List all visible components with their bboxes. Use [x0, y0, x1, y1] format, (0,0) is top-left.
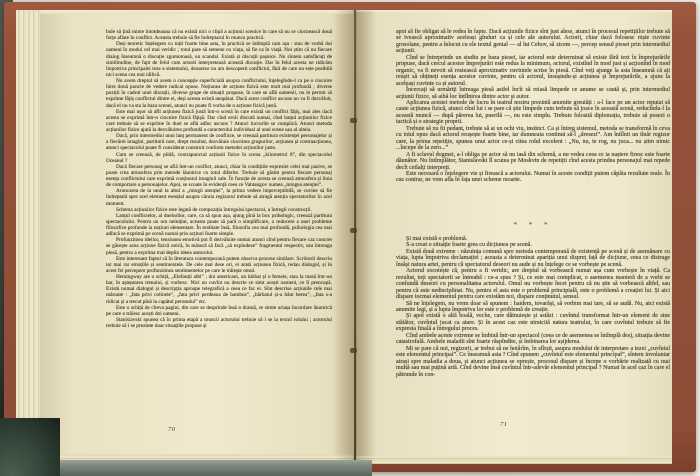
binding-stitch: [350, 228, 357, 233]
page-71-text-bottom: Și mai există o problemă.S-a creat o sit…: [396, 236, 670, 378]
section-separator: * * *: [396, 221, 670, 229]
paragraph: Profunzimea ideilor, tensiunea emotivă p…: [106, 237, 332, 255]
page-70-number: 70: [168, 426, 176, 433]
paragraph: Trebuie să nu fii pedant, trebuie să ai …: [396, 126, 670, 152]
page-edges-left: [16, 10, 42, 464]
paragraph: Lanțul conflictelor, al duelurilor, care…: [106, 213, 332, 238]
page-71-number: 71: [500, 421, 508, 428]
page-71-text-top: apoi să fie obligat să le redea în fapte…: [396, 29, 670, 184]
paragraph: Stanislavski spunea că în prima etapă a …: [106, 317, 332, 329]
paragraph: Este mai ușor să afli acțiunea fizică ju…: [106, 109, 332, 134]
paragraph: Cum se creează, de pildă, contrapunctul …: [106, 152, 332, 164]
paragraph: Dacă, prin intermediul unui lanț permane…: [106, 133, 332, 151]
paragraph: Nu avem dreptul să avem o concepție supe…: [106, 78, 332, 109]
paragraph: A fi sclavul dogmei, a-l obliga pe actor…: [396, 152, 670, 171]
paragraph: Mi se pare că noi, regizorii, ar trebui …: [396, 346, 670, 378]
paragraph: Dacă fiecare personaj se află într-un co…: [106, 164, 332, 189]
paragraph: Cînd se întreprinde un studiu pe baza pi…: [396, 55, 670, 87]
binding-stitch: [350, 118, 357, 123]
paragraph: Aruncarea de la unul la altul a „mingii …: [106, 188, 332, 206]
paragraph: Există două extreme : năzuința comună sp…: [396, 249, 670, 268]
paragraph: Deși teoretic înțelegem cu toții foarte …: [106, 41, 332, 78]
paragraph: Schema acțiunilor fizice este legată de …: [106, 207, 332, 213]
background-bottom-left-corner: [0, 418, 60, 476]
paragraph: Este o schiță de cîteva pagini, din care…: [106, 305, 332, 317]
paragraph: Încercați să urmăriți întreaga piesă ast…: [396, 87, 670, 100]
paragraph: Actorul socotește că, pentru a fi veridi…: [396, 268, 670, 300]
paragraph: Aplicarea acestei metode de lucru în tea…: [396, 100, 670, 126]
paragraph: Hemingway are o schiță, „Elefanții albi”…: [106, 274, 332, 305]
paragraph: Este necesară o înțelegere vie și fireas…: [396, 171, 670, 184]
paragraph: Și apoi există o altă boală, veche, care…: [396, 313, 670, 332]
paragraph: Cînd ambele aceste extreme se îmbină înt…: [396, 333, 670, 346]
page-70-text: bule să țină minte întotdeauna că nu exi…: [106, 29, 332, 329]
binding-stitch: [350, 348, 357, 353]
paragraph: Este interesant faptul că în literatura …: [106, 256, 332, 274]
book-photo: bule să țină minte întotdeauna că nu exi…: [0, 0, 700, 476]
paragraph: Să ne înțelegem, nu vrem doar să spunem …: [396, 301, 670, 314]
paragraph: apoi să fie obligat să le redea în fapte…: [396, 29, 670, 55]
gutter-line: [354, 10, 356, 464]
paragraph: bule să țină minte întotdeauna că nu exi…: [106, 29, 332, 41]
